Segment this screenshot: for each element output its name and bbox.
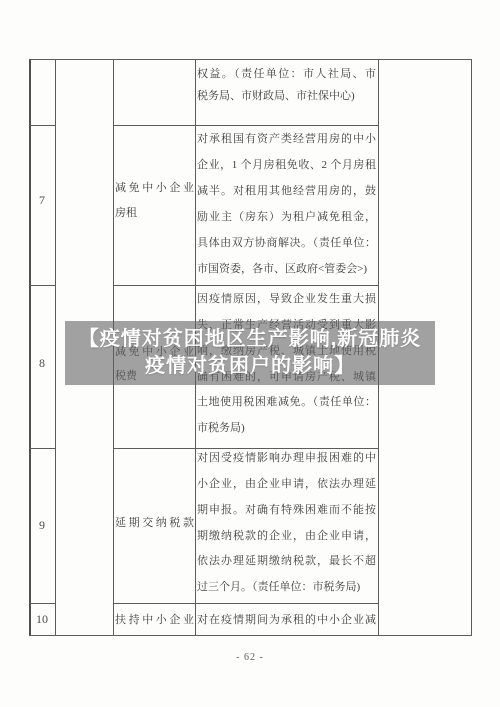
row-number: 10 — [29, 611, 55, 627]
table-border-right — [471, 59, 472, 636]
policy-desc-line: 对承租国有资产类经营用房的中小 — [197, 131, 376, 147]
policy-desc-line: 励业主（房东）为租户减免租金， — [197, 209, 376, 225]
watermark-text-line: 疫情对贫困户的影响】 — [145, 353, 355, 380]
row-separator — [113, 448, 379, 449]
table-gridline-vertical — [55, 59, 56, 636]
policy-desc-line: 权益。（责任单位：市人社局、市 — [197, 66, 376, 82]
policy-desc-line: 税务局、市财政局、市社保中心) — [197, 88, 376, 104]
policy-desc-line: 市国资委，各市、区政府<管委会>) — [197, 261, 376, 277]
policy-name-line: 延期交纳税款 — [115, 515, 194, 531]
table-border-bottom — [29, 635, 472, 636]
policy-desc-line: 企业，1 个月房租免收、2 个月房租 — [197, 157, 376, 173]
row-number: 9 — [29, 517, 55, 533]
row-number: 7 — [29, 192, 55, 208]
policy-desc-line: 期缴纳税款的企业，由企业申请， — [197, 528, 376, 544]
policy-desc-line: 土地使用税困难减免。（责任单位： — [197, 394, 376, 410]
policy-desc-line: 过三个月。（责任单位：市税务局) — [197, 579, 376, 595]
policy-name-line: 房租 — [115, 205, 194, 221]
policy-name-line: 减免中小企业 — [115, 180, 194, 196]
row-separator — [113, 125, 379, 126]
watermark-text-line: 【疫情对贫困地区生产影响,新冠肺炎 — [79, 326, 422, 353]
table-border-top — [29, 59, 472, 60]
policy-name-line: 扶持中小企业 — [115, 612, 194, 628]
row-separator — [113, 603, 379, 604]
policy-desc-line: 对在疫情期间为承租的中小企业减 — [197, 612, 376, 628]
table-border-left — [29, 59, 31, 636]
scanned-document-page: 权益。（责任单位：市人社局、市 税务局、市财政局、市社保中心) 7 减免中小企业… — [0, 0, 500, 707]
row-number: 8 — [29, 355, 55, 371]
row-separator — [29, 125, 56, 126]
row-separator — [29, 448, 56, 449]
row-separator — [113, 285, 379, 286]
policy-desc-line: 对因受疫情影响办理申报困难的中 — [197, 450, 376, 466]
policy-desc-line: 具体由双方协商解决。（责任单位： — [197, 235, 376, 251]
policy-desc-line: 期申报。对确有特殊困难而不能按 — [197, 502, 376, 518]
row-separator — [29, 603, 56, 604]
watermark-overlay: 【疫情对贫困地区生产影响,新冠肺炎 疫情对贫困户的影响】 — [65, 321, 435, 385]
policy-desc-line: 依法办理延期缴纳税款，最长不超 — [197, 553, 376, 569]
page-number: - 62 - — [0, 652, 500, 663]
policy-desc-line: 市税务局) — [197, 420, 376, 436]
policy-desc-line: 小企业，由企业申请，依法办理延 — [197, 476, 376, 492]
policy-desc-line: 因疫情原因，导致企业发生重大损 — [197, 291, 376, 307]
policy-desc-line: 减半。对租用其他经营用房的，鼓 — [197, 183, 376, 199]
row-separator — [29, 285, 56, 286]
